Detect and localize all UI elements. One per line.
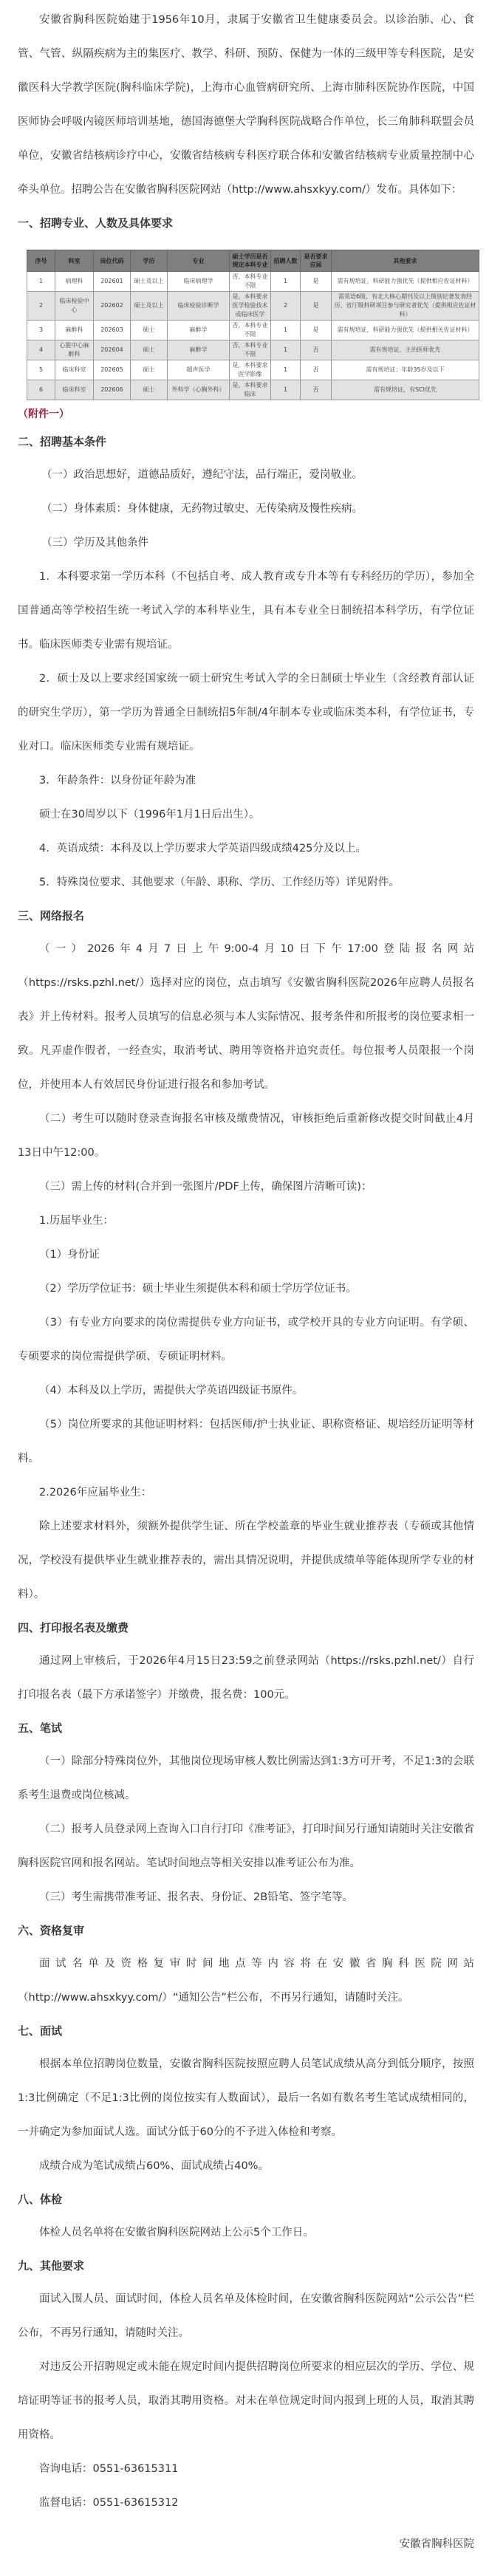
material-4: （4）本科及以上学历，需提供大学英语四级证书原件。 <box>18 1374 474 1408</box>
cell-major: 超声医学 <box>168 360 230 380</box>
cell-position-code: 202606 <box>94 380 131 400</box>
cell-fresh-grad: 是 <box>301 272 332 292</box>
cell-undergrad-requirement: 否，本科专业不限 <box>230 321 271 340</box>
physical-exam-text: 体检人员名单将在安徽省胸科医院网站上公示5个工作日。 <box>18 2216 474 2250</box>
cell-index: 5 <box>27 360 55 380</box>
section-6-title: 六、资格复审 <box>18 1914 474 1947</box>
table-row: 3 麻醉科 202603 硕士 麻醉学 否，本科专业不限 1 是 需有规培证，科… <box>27 321 479 340</box>
cell-headcount: 1 <box>271 340 301 360</box>
cell-headcount: 2 <box>271 292 301 321</box>
cell-other-requirements: 需有规培证，有SCI优先 <box>332 380 479 400</box>
cell-major: 临床病理学 <box>168 272 230 292</box>
header-major: 专业 <box>168 250 230 272</box>
cell-education: 硕士及以上 <box>131 292 168 321</box>
section-5-title: 五、笔试 <box>18 1712 474 1744</box>
header-education: 学历 <box>131 250 168 272</box>
intro-paragraph: 安徽省胸科医院始建于1956年10月，隶属于安徽省卫生健康委员会。以诊治肺、心、… <box>18 3 474 207</box>
cell-position-code: 202603 <box>94 321 131 340</box>
cell-index: 3 <box>27 321 55 340</box>
condition-item-2: 2．硕士及以上要求经国家统一硕士研究生考试入学的全日制硕士毕业生（含经教育部认证… <box>18 662 474 764</box>
supervise-phone: 监督电话：0551-63615312 <box>18 2486 474 2520</box>
cell-undergrad-requirement: 是，本科要求医学检验技术或临床医学 <box>230 292 271 321</box>
condition-item-3b: 硕士在30周岁以下（1996年1月1日后出生）。 <box>18 798 474 832</box>
section-9-title: 九、其他要求 <box>18 2250 474 2282</box>
qualification-review-text: 面试名单及资格复审时间地点等内容将在安徽省胸科医院网站（http://www.a… <box>18 1947 474 2015</box>
cell-fresh-grad: 否 <box>301 360 332 380</box>
cell-undergrad-requirement: 否，本科专业不限 <box>230 340 271 360</box>
table-row: 6 临床科室 202606 硕士 外科学（心胸外科） 是，本科要求临床 1 否 … <box>27 380 479 400</box>
condition-item-5: 5．特殊岗位要求、其他要求（年龄、职称、学历、工作经历等）详见附件。 <box>18 866 474 900</box>
cell-position-code: 202601 <box>94 272 131 292</box>
header-position-code: 岗位代码 <box>94 250 131 272</box>
cell-fresh-grad: 否 <box>301 340 332 360</box>
cell-major: 麻醉学 <box>168 340 230 360</box>
cell-education: 硕士 <box>131 360 168 380</box>
registration-p1: （一）2026年4月7日上午9:00-4月10日下午17:00登陆报名网站（ht… <box>18 932 474 1102</box>
article: 安徽省胸科医院始建于1956年10月，隶属于安徽省卫生健康委员会。以诊治肺、心、… <box>0 0 489 2576</box>
interview-p1: 根据本单位招聘岗位数量，安徽省胸科医院按照应聘人员笔试成绩从高分到低分顺序，按照… <box>18 2047 474 2149</box>
material-5: （5）岗位所要求的其他证明材料：包括医师/护士执业证、职称资格证、规培经历证明等… <box>18 1408 474 1476</box>
cell-headcount: 1 <box>271 360 301 380</box>
registration-p2: （二）考生可以随时登录查询报名审核及缴费情况，审核拒绝后重新修改提交时间截止4月… <box>18 1102 474 1170</box>
registration-p3: （三）需上传的材料(合并到一张图片/PDF上传，确保图片清晰可读)： <box>18 1170 474 1204</box>
header-index: 序号 <box>27 250 55 272</box>
cell-headcount: 1 <box>271 380 301 400</box>
cell-index: 2 <box>27 292 55 321</box>
cell-education: 硕士及以上 <box>131 272 168 292</box>
section-4-title: 四、打印报名表及缴费 <box>18 1611 474 1644</box>
cell-headcount: 1 <box>271 321 301 340</box>
cell-index: 6 <box>27 380 55 400</box>
cell-index: 1 <box>27 272 55 292</box>
cell-fresh-grad: 是 <box>301 321 332 340</box>
cell-education: 硕士 <box>131 321 168 340</box>
condition-3: （三）学历及其他条件 <box>18 526 474 560</box>
table-row: 2 临床检验中心 202602 硕士及以上 临床检验诊断学 是，本科要求医学检验… <box>27 292 479 321</box>
section-1-title: 一、招聘专业、人数及具体要求 <box>18 207 474 239</box>
cell-fresh-grad: 是 <box>301 292 332 321</box>
section-2-title: 二、招聘基本条件 <box>18 425 474 458</box>
print-payment-text: 通过网上审核后，于2026年4月15日23:59之前登录网站（https://r… <box>18 1644 474 1712</box>
interview-p2: 成绩合成为笔试成绩占60%、面试成绩占40%。 <box>18 2149 474 2183</box>
cell-major: 外科学（心胸外科） <box>168 380 230 400</box>
header-fresh-grad: 是否要求应届 <box>301 250 332 272</box>
header-undergrad-requirement: 硕士学历是否规定本科专业 <box>230 250 271 272</box>
table-row: 1 病理科 202601 硕士及以上 临床病理学 否，本科专业不限 1 是 需有… <box>27 272 479 292</box>
condition-1: （一）政治思想好，道德品质好，遵纪守法，品行端正，爱岗敬业。 <box>18 458 474 492</box>
cell-other-requirements: 需有规培证，主治医师优先 <box>332 340 479 360</box>
header-headcount: 招聘人数 <box>271 250 301 272</box>
written-exam-p3: （三）考生需携带准考证、报名表、身份证、2B铅笔、签字笔等。 <box>18 1880 474 1914</box>
cell-department: 临床检验中心 <box>55 292 94 321</box>
cell-undergrad-requirement: 是，本科要求医学影像 <box>230 360 271 380</box>
header-other-requirements: 其他要求 <box>332 250 479 272</box>
cell-other-requirements: 需英语6级，有北大核心期刊及以上级别论著发表经历、省厅级科研项目参与研究者优先（… <box>332 292 479 321</box>
condition-item-1: 1．本科要求第一学历本科（不包括自考、成人教育或专升本等有专科经历的学历），参加… <box>18 560 474 662</box>
cell-undergrad-requirement: 是，本科要求临床 <box>230 380 271 400</box>
cell-education: 硕士 <box>131 380 168 400</box>
header-department: 科室 <box>55 250 94 272</box>
cell-department: 病理科 <box>55 272 94 292</box>
condition-item-4: 4．英语成绩：本科及以上学历要求大学英语四级成绩425分及以上。 <box>18 832 474 866</box>
positions-table: 序号 科室 岗位代码 学历 专业 硕士学历是否规定本科专业 招聘人数 是否要求应… <box>27 250 479 400</box>
fresh-graduates-label: 2.2026年应届毕业生： <box>18 1476 474 1510</box>
table-row: 4 心脏中心麻醉科 202604 硕士 麻醉学 否，本科专业不限 1 否 需有规… <box>27 340 479 360</box>
cell-position-code: 202604 <box>94 340 131 360</box>
previous-graduates-label: 1.历届毕业生： <box>18 1204 474 1238</box>
cell-other-requirements: 需有规培证；年龄35岁及以下 <box>332 360 479 380</box>
cell-department: 心脏中心麻醉科 <box>55 340 94 360</box>
material-3: （3）有专业方向要求的岗位需提供专业方向证书，或学校开具的专业方向证明。有学硕、… <box>18 1306 474 1374</box>
cell-index: 4 <box>27 340 55 360</box>
other-requirements-p2: 对违反公开招聘规定或未能在规定时间内提供招聘岗位所要求的相应层次的学历、学位、规… <box>18 2350 474 2452</box>
condition-2: （二）身体素质：身体健康，无药物过敏史、无传染病及慢性疾病。 <box>18 492 474 526</box>
consult-phone: 咨询电话：0551-63615311 <box>18 2452 474 2486</box>
cell-position-code: 202605 <box>94 360 131 380</box>
written-exam-p1: （一）除部分特殊岗位外，其他岗位现场审核人数比例需达到1:3方可开考，不足1:3… <box>18 1744 474 1812</box>
cell-department: 麻醉科 <box>55 321 94 340</box>
cell-headcount: 1 <box>271 272 301 292</box>
material-2: （2）学历学位证书：硕士毕业生须提供本科和硕士学历学位证书。 <box>18 1272 474 1306</box>
positions-table-container: 序号 科室 岗位代码 学历 专业 硕士学历是否规定本科专业 招聘人数 是否要求应… <box>18 239 474 400</box>
cell-fresh-grad: 否 <box>301 380 332 400</box>
cell-other-requirements: 需有规培证，科研能力强优先（提供相应佐证材料） <box>332 272 479 292</box>
section-7-title: 七、面试 <box>18 2015 474 2047</box>
table-header-row: 序号 科室 岗位代码 学历 专业 硕士学历是否规定本科专业 招聘人数 是否要求应… <box>27 250 479 272</box>
cell-position-code: 202602 <box>94 292 131 321</box>
condition-item-3: 3．年龄条件：以身份证年龄为准 <box>18 764 474 798</box>
cell-major: 临床检验诊断学 <box>168 292 230 321</box>
signature: 安徽省胸科医院 <box>18 2527 474 2561</box>
section-8-title: 八、体检 <box>18 2183 474 2216</box>
cell-department: 临床科室 <box>55 380 94 400</box>
material-1: （1）身份证 <box>18 1238 474 1272</box>
written-exam-p2: （二）报考人员登录网上查询入口自行打印《准考证》，打印时间另行通知请随时关注安徽… <box>18 1812 474 1880</box>
attachment-label: （附件一） <box>18 403 474 425</box>
cell-education: 硕士 <box>131 340 168 360</box>
table-row: 5 临床科室 202605 硕士 超声医学 是，本科要求医学影像 1 否 需有规… <box>27 360 479 380</box>
cell-department: 临床科室 <box>55 360 94 380</box>
section-3-title: 三、网络报名 <box>18 900 474 932</box>
other-requirements-p1: 面试入围人员、面试时间，体检人员名单及体检时间，在安徽省胸科医院网站“公示公告”… <box>18 2282 474 2350</box>
fresh-graduates-text: 除上述要求材料外，须额外提供学生证、所在学校盖章的毕业生就业推荐表（专硕或其他情… <box>18 1510 474 1611</box>
cell-undergrad-requirement: 否，本科专业不限 <box>230 272 271 292</box>
cell-major: 麻醉学 <box>168 321 230 340</box>
cell-other-requirements: 需有规培证，科研能力强优先（提供相关佐证材料） <box>332 321 479 340</box>
